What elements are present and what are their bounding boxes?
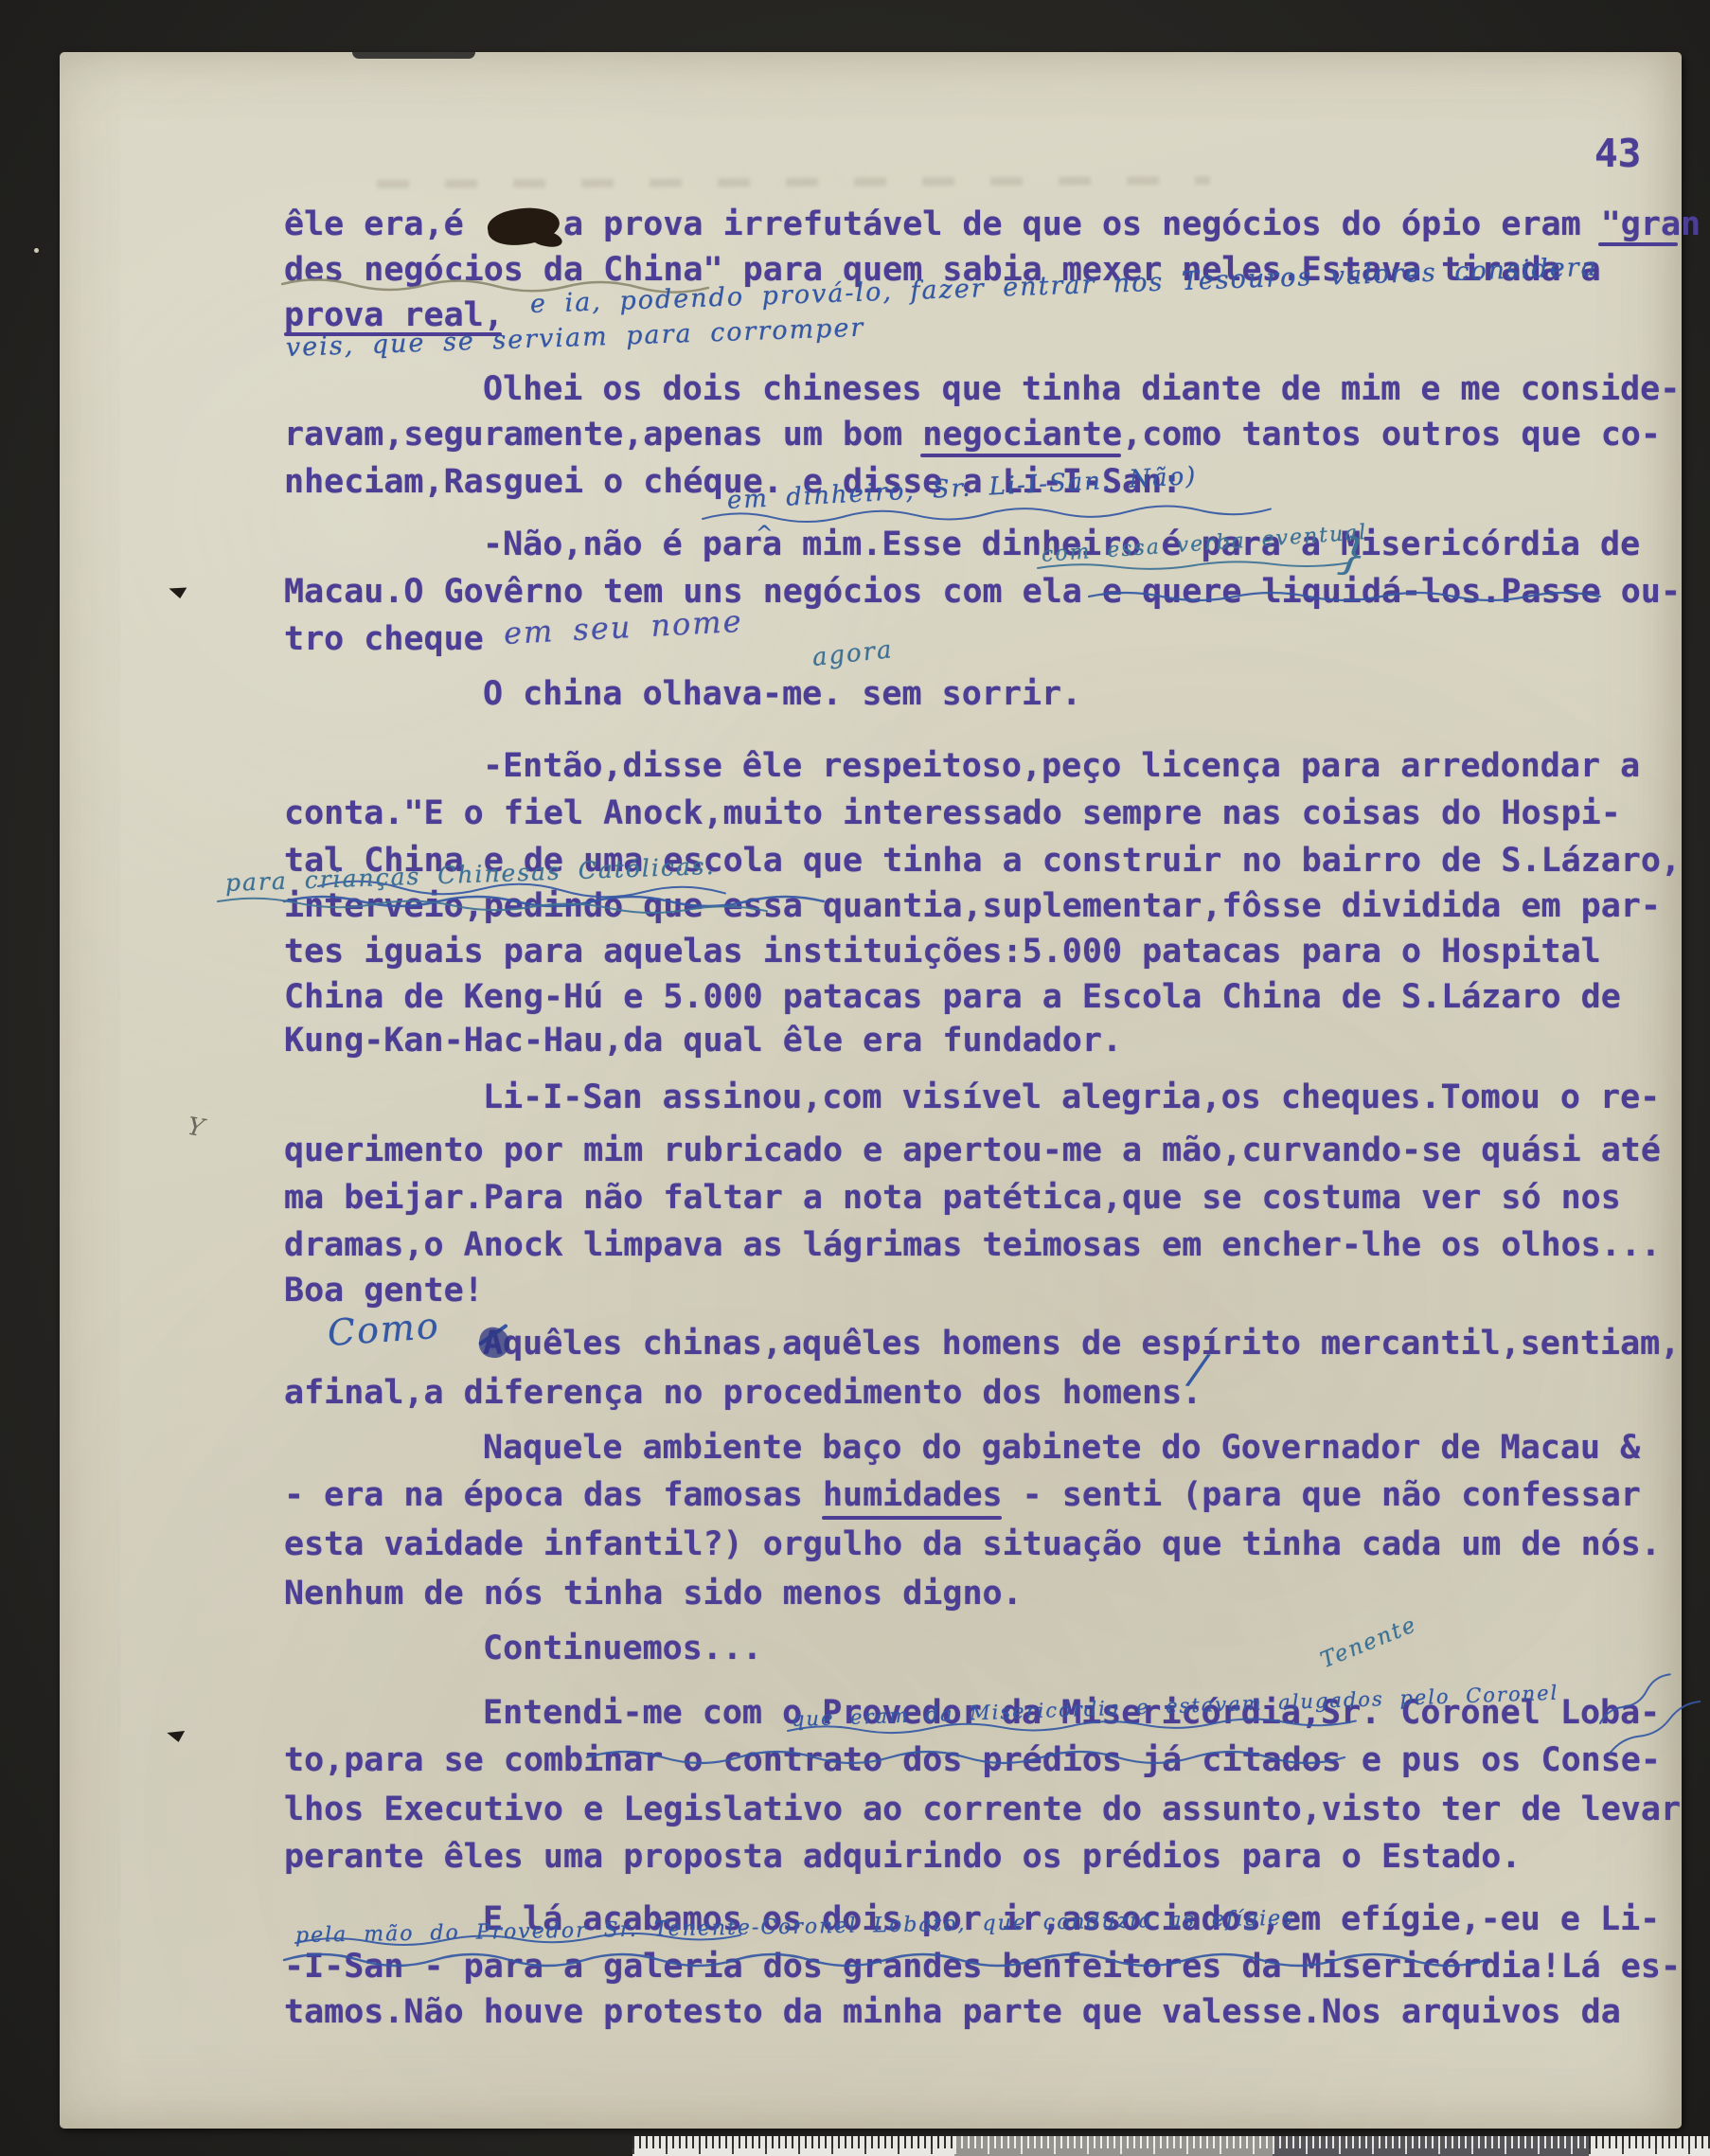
ruler-ticks-major <box>632 2136 954 2154</box>
archival-scan-stage: êle era,é a prova irrefutável de que os … <box>0 0 1710 2156</box>
ruler-ticks-major <box>1273 2136 1589 2154</box>
ruler-segment <box>1273 2136 1589 2156</box>
ruler-segment <box>954 2136 1273 2156</box>
ruler-ticks-major <box>1589 2136 1710 2154</box>
paper <box>60 52 1682 2129</box>
dust-speck <box>34 248 39 253</box>
ruler-segment <box>1589 2136 1710 2156</box>
paper-edge-notch <box>352 52 475 59</box>
ruler-segment <box>632 2136 954 2156</box>
scale-ruler <box>0 2136 1710 2156</box>
ruler-ticks-major <box>954 2136 1273 2154</box>
